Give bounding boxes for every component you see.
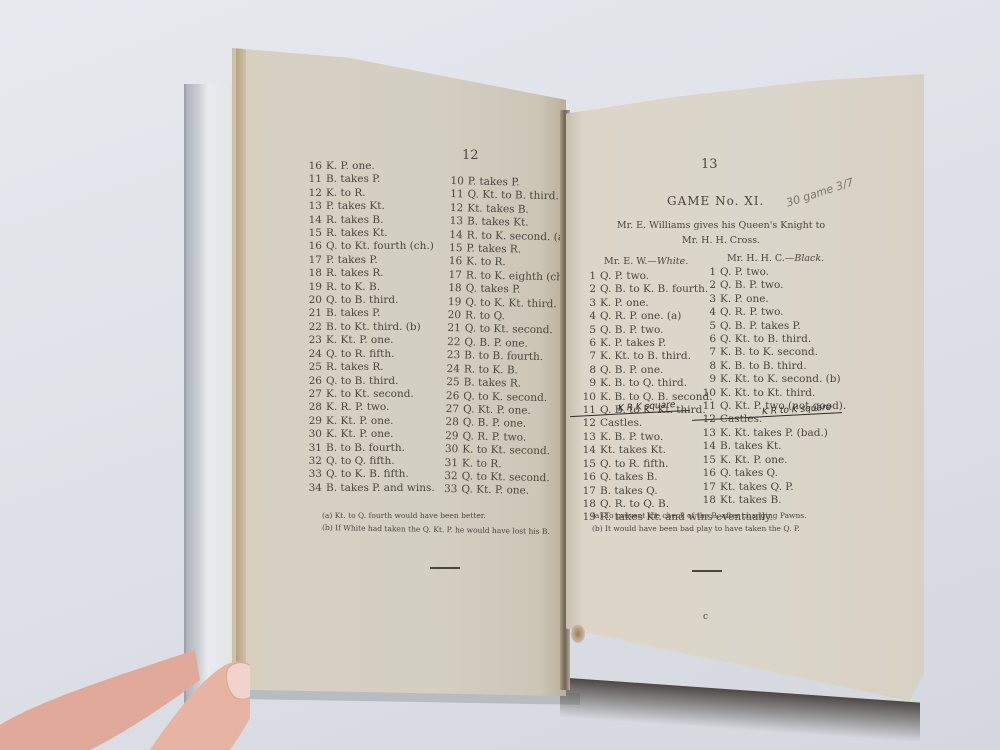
move-row: 22B. to Kt. third. (b) bbox=[306, 321, 435, 334]
move-number: 26 bbox=[306, 375, 322, 388]
move-number: 27 bbox=[306, 388, 322, 401]
game-subtitle: Mr. E. Williams gives his Queen's Knight… bbox=[596, 218, 846, 248]
white-header-name: Mr. E. W.— bbox=[604, 256, 657, 267]
move-text: Q. R. to Q. B. bbox=[600, 498, 669, 510]
move-row: 7K. B. to K. second. bbox=[700, 346, 846, 359]
move-number: 25 bbox=[306, 361, 322, 374]
move-row: 32Q. to Q. fifth. bbox=[306, 455, 435, 468]
move-number: 13 bbox=[580, 431, 596, 444]
move-row: 13P. takes Kt. bbox=[306, 200, 435, 213]
left-black-moves: 10P. takes P.11Q. Kt. to B. third.12Kt. … bbox=[441, 175, 572, 499]
move-text: Q. to B. third. bbox=[326, 375, 398, 387]
move-number: 18 bbox=[445, 282, 461, 296]
move-number: 28 bbox=[306, 401, 322, 414]
move-text: B. to B. fourth. bbox=[464, 350, 543, 364]
move-row: 29K. Kt. P. one. bbox=[306, 415, 435, 428]
move-number: 3 bbox=[700, 293, 716, 306]
move-row: 15K. Kt. P. one. bbox=[700, 454, 846, 467]
move-text: Q. to B. third. bbox=[326, 294, 398, 306]
move-text: B. takes R. bbox=[464, 376, 522, 389]
move-text: K. P. one. bbox=[600, 297, 649, 309]
move-text: R. takes Kt. bbox=[326, 227, 388, 239]
move-text: Kt. takes B. bbox=[467, 202, 529, 215]
move-number: 20 bbox=[445, 309, 461, 323]
move-text: Q. B. P. one. bbox=[600, 364, 663, 376]
move-row: 27K. to Kt. second. bbox=[306, 388, 435, 401]
move-number: 21 bbox=[445, 322, 461, 336]
move-number: 29 bbox=[442, 430, 458, 444]
move-number: 15 bbox=[700, 454, 716, 467]
move-number: 16 bbox=[700, 467, 716, 480]
move-number: 8 bbox=[580, 364, 596, 377]
move-text: B. takes Kt. bbox=[720, 440, 782, 452]
move-number: 5 bbox=[700, 320, 716, 333]
move-number: 17 bbox=[446, 269, 462, 283]
move-number: 17 bbox=[580, 485, 596, 498]
move-number: 13 bbox=[700, 427, 716, 440]
move-text: Q. B. P. one. bbox=[463, 417, 527, 430]
left-white-moves: 16K. P. one.11B. takes P.12K. to R.13P. … bbox=[306, 160, 435, 495]
move-row: 10K. Kt. to Kt. third. bbox=[700, 387, 846, 400]
move-text: Q. B. P. takes P. bbox=[720, 320, 801, 332]
move-number: 11 bbox=[700, 400, 716, 413]
black-column-header: Mr. H. H. C.—Black. bbox=[727, 253, 824, 264]
move-row: 25R. takes R. bbox=[306, 361, 435, 374]
left-page-number: 12 bbox=[462, 148, 479, 163]
right-footnote-b: (b) It would have been bad play to have … bbox=[592, 523, 800, 535]
move-text: K. Kt. takes P. (bad.) bbox=[720, 427, 828, 439]
move-text: Q. to K. B. fifth. bbox=[326, 468, 409, 480]
move-text: Q. B. P. two. bbox=[720, 279, 783, 291]
move-text: Q. to R. fifth. bbox=[600, 458, 668, 470]
move-number: 33 bbox=[441, 483, 457, 497]
move-number: 22 bbox=[444, 336, 460, 350]
move-number: 2 bbox=[700, 279, 716, 292]
move-row: 21B. takes P. bbox=[306, 307, 435, 320]
signature-mark: c bbox=[703, 612, 708, 622]
move-number: 18 bbox=[700, 494, 716, 507]
move-text: K. Kt. to B. third. bbox=[600, 350, 691, 362]
move-row: 33Q. Kt. P. one. bbox=[441, 483, 566, 499]
move-number: 3 bbox=[580, 297, 596, 310]
move-number: 30 bbox=[306, 428, 322, 441]
move-number: 20 bbox=[306, 294, 322, 307]
move-text: K. to R. bbox=[466, 256, 506, 269]
move-text: K. Kt. P. one. bbox=[326, 428, 394, 440]
right-page-number: 13 bbox=[701, 157, 718, 172]
move-text: R. to K. second. (a) bbox=[467, 229, 569, 243]
subtitle-line-2: Mr. H. H. Cross. bbox=[596, 233, 846, 248]
move-row: 6Q. Kt. to B. third. bbox=[700, 333, 846, 346]
white-column-header: Mr. E. W.—White. bbox=[604, 256, 688, 267]
move-row: 30K. Kt. P. one. bbox=[306, 428, 435, 441]
move-number: 4 bbox=[700, 306, 716, 319]
move-text: Q. takes B. bbox=[600, 471, 658, 483]
move-text: Q. Kt. to B. third. bbox=[720, 333, 811, 345]
move-number: 15 bbox=[306, 227, 322, 240]
move-number: 17 bbox=[306, 254, 322, 267]
move-text: Kt. takes Q. P. bbox=[720, 481, 794, 493]
move-row: 14B. takes Kt. bbox=[700, 440, 846, 453]
black-header-color: Black. bbox=[794, 253, 824, 264]
move-text: B. takes Q. bbox=[600, 485, 658, 497]
right-end-rule bbox=[692, 570, 722, 572]
move-text: Q. B. P. one. bbox=[464, 336, 528, 349]
move-text: R. takes B. bbox=[326, 214, 383, 226]
move-text: K. B. to K. second. bbox=[720, 346, 818, 358]
move-text: Q. R. P. one. (a) bbox=[600, 310, 681, 322]
move-text: K. to Kt. second. bbox=[326, 388, 414, 400]
move-row: 2Q. B. P. two. bbox=[700, 279, 846, 292]
move-row: 33Q. to K. B. fifth. bbox=[306, 468, 435, 481]
move-text: B. to B. fourth. bbox=[326, 442, 405, 454]
move-text: R. to K. eighth (ch.) bbox=[466, 269, 571, 283]
move-number: 18 bbox=[306, 267, 322, 280]
move-number: 12 bbox=[580, 417, 596, 430]
move-row: 3K. P. one. bbox=[700, 293, 846, 306]
move-number: 23 bbox=[444, 349, 460, 363]
move-text: K. to R. bbox=[326, 187, 366, 199]
move-text: P. takes P. bbox=[468, 175, 520, 188]
move-number: 32 bbox=[442, 470, 458, 484]
move-row: 13K. Kt. takes P. (bad.) bbox=[700, 427, 846, 440]
move-text: B. takes Kt. bbox=[467, 216, 529, 229]
move-number: 12 bbox=[306, 187, 322, 200]
move-number: 14 bbox=[700, 440, 716, 453]
move-text: K. P. one. bbox=[326, 160, 375, 172]
move-text: Q. R. P. two. bbox=[462, 430, 526, 443]
move-text: Q. to K. Kt. third. bbox=[465, 296, 557, 310]
move-text: K. to Kt. second. bbox=[462, 443, 550, 457]
move-number: 1 bbox=[700, 266, 716, 279]
move-number: 10 bbox=[580, 391, 596, 404]
move-number: 14 bbox=[580, 444, 596, 457]
move-number: 15 bbox=[580, 458, 596, 471]
right-black-moves: 1Q. P. two.2Q. B. P. two.3K. P. one.4Q. … bbox=[700, 266, 846, 507]
move-number: 16 bbox=[446, 255, 462, 269]
move-row: 15R. takes Kt. bbox=[306, 227, 435, 240]
move-text: K. to R. bbox=[462, 457, 502, 470]
move-row: 16Q. to Kt. fourth (ch.) bbox=[306, 240, 435, 253]
move-number: 30 bbox=[442, 443, 458, 457]
move-text: K. B. to B. third. bbox=[720, 360, 807, 372]
move-text: K. Kt. to Kt. third. bbox=[720, 387, 815, 399]
white-header-color: White. bbox=[657, 256, 688, 267]
move-text: Q. takes Q. bbox=[720, 467, 778, 479]
move-text: Q. to Kt. fourth (ch.) bbox=[326, 240, 434, 252]
move-number: 21 bbox=[306, 307, 322, 320]
move-number: 2 bbox=[580, 283, 596, 296]
move-text: K. B. P. two. bbox=[600, 431, 663, 443]
move-number: 32 bbox=[306, 455, 322, 468]
move-text: K. Kt. to K. second. (b) bbox=[720, 373, 841, 385]
page-edge-stain bbox=[236, 48, 246, 696]
move-row: 24Q. to R. fifth. bbox=[306, 348, 435, 361]
move-row: 18R. takes R. bbox=[306, 267, 435, 280]
move-number: 4 bbox=[580, 310, 596, 323]
move-text: K. Kt. P. one. bbox=[326, 415, 394, 427]
move-number: 26 bbox=[443, 389, 459, 403]
move-number: 24 bbox=[306, 348, 322, 361]
black-header-name: Mr. H. H. C.— bbox=[727, 253, 794, 264]
move-number: 23 bbox=[306, 334, 322, 347]
move-number: 11 bbox=[306, 173, 322, 186]
move-number: 19 bbox=[306, 281, 322, 294]
move-number: 34 bbox=[306, 482, 322, 495]
move-row: 19R. to K. B. bbox=[306, 281, 435, 294]
move-number: 16 bbox=[306, 240, 322, 253]
move-number: 12 bbox=[447, 202, 463, 216]
move-number: 24 bbox=[444, 363, 460, 377]
move-row: 8K. B. to B. third. bbox=[700, 360, 846, 373]
move-number: 7 bbox=[700, 346, 716, 359]
move-text: K. R. P. two. bbox=[326, 401, 389, 413]
move-row: 11B. takes P. bbox=[306, 173, 435, 186]
move-text: R. to K. B. bbox=[464, 363, 518, 376]
game-title: GAME No. XI. bbox=[667, 194, 764, 208]
subtitle-line-1: Mr. E. Williams gives his Queen's Knight… bbox=[596, 218, 846, 233]
move-text: Q. B. to K. B. fourth. bbox=[600, 283, 708, 295]
move-number: 19 bbox=[445, 296, 461, 310]
move-number: 15 bbox=[446, 242, 462, 256]
foxing-stain bbox=[571, 625, 585, 643]
move-row: 23K. Kt. P. one. bbox=[306, 334, 435, 347]
move-number: 28 bbox=[443, 416, 459, 430]
move-text: Q. R. P. two. bbox=[720, 306, 784, 318]
move-row: 34B. takes P. and wins. bbox=[306, 482, 435, 495]
move-text: Q. P. two. bbox=[720, 266, 769, 278]
move-number: 17 bbox=[700, 481, 716, 494]
move-number: 27 bbox=[443, 403, 459, 417]
move-text: P. takes Kt. bbox=[326, 200, 385, 212]
move-text: Q. Kt. P. one. bbox=[461, 484, 529, 497]
move-text: Q. takes P. bbox=[465, 283, 520, 296]
move-number: 8 bbox=[700, 360, 716, 373]
move-text: Q. Kt. P. one. bbox=[463, 403, 531, 416]
move-row: 4Q. R. P. two. bbox=[700, 306, 846, 319]
move-text: R. to Q. bbox=[465, 309, 505, 322]
move-text: R. to K. B. bbox=[326, 281, 380, 293]
move-text: Q. to Q. fifth. bbox=[326, 455, 395, 467]
move-number: 6 bbox=[700, 333, 716, 346]
move-text: K. Kt. P. one. bbox=[326, 334, 394, 346]
move-row: 17P. takes P. bbox=[306, 254, 435, 267]
move-number: 16 bbox=[306, 160, 322, 173]
move-text: K. P. one. bbox=[720, 293, 769, 305]
move-row: 28K. R. P. two. bbox=[306, 401, 435, 414]
move-text: P. takes P. bbox=[326, 254, 378, 266]
move-row: 20Q. to B. third. bbox=[306, 294, 435, 307]
move-text: Q. to R. fifth. bbox=[326, 348, 394, 360]
move-number: 7 bbox=[580, 350, 596, 363]
move-number: 14 bbox=[306, 214, 322, 227]
move-number: 31 bbox=[442, 456, 458, 470]
move-text: Q. Kt. to B. third. bbox=[467, 189, 558, 203]
hand-holding-book bbox=[0, 640, 250, 750]
move-row: 12K. to R. bbox=[306, 187, 435, 200]
move-number: 10 bbox=[700, 387, 716, 400]
move-text: Q. P. two. bbox=[600, 270, 649, 282]
move-number: 13 bbox=[306, 200, 322, 213]
move-text: B. takes P. bbox=[326, 173, 380, 185]
move-number: 5 bbox=[580, 324, 596, 337]
move-number: 9 bbox=[700, 373, 716, 386]
move-row: 18Kt. takes B. bbox=[700, 494, 846, 507]
move-row: 16K. P. one. bbox=[306, 160, 435, 173]
move-row: 1Q. P. two. bbox=[700, 266, 846, 279]
move-text: P. takes R. bbox=[466, 242, 521, 255]
left-footnote-a: (a) Kt. to Q. fourth would have been bet… bbox=[322, 510, 486, 522]
move-row: 14R. takes B. bbox=[306, 214, 435, 227]
move-row: 17Kt. takes Q. P. bbox=[700, 481, 846, 494]
move-text: Q. to K. second. bbox=[463, 390, 547, 404]
move-row: 9K. Kt. to K. second. (b) bbox=[700, 373, 846, 386]
move-number: 16 bbox=[580, 471, 596, 484]
move-text: B. to Kt. third. (b) bbox=[326, 321, 421, 333]
move-text: Q. to Kt. second. bbox=[465, 323, 553, 337]
move-number: 6 bbox=[580, 337, 596, 350]
move-number: 33 bbox=[306, 468, 322, 481]
move-text: Kt. takes B. bbox=[720, 494, 782, 506]
move-text: B. takes P. and wins. bbox=[326, 482, 435, 494]
move-row: 31B. to B. fourth. bbox=[306, 442, 435, 455]
move-text: B. takes P. bbox=[326, 307, 380, 319]
right-footnote-a: (a) To prevent the check of the B. after… bbox=[592, 510, 807, 522]
move-number: 1 bbox=[580, 270, 596, 283]
left-end-rule bbox=[430, 567, 460, 569]
move-text: R. takes R. bbox=[326, 361, 384, 373]
move-text: Kt. takes Kt. bbox=[600, 444, 666, 456]
move-number: 10 bbox=[448, 175, 464, 189]
move-row: 26Q. to B. third. bbox=[306, 375, 435, 388]
move-number: 31 bbox=[306, 442, 322, 455]
move-text: Q. B. P. two. bbox=[600, 324, 663, 336]
move-number: 25 bbox=[444, 376, 460, 390]
move-text: K. Kt. P. one. bbox=[720, 454, 788, 466]
move-row: 5Q. B. P. takes P. bbox=[700, 320, 846, 333]
move-number: 22 bbox=[306, 321, 322, 334]
move-text: R. takes R. bbox=[326, 267, 384, 279]
move-number: 9 bbox=[580, 377, 596, 390]
move-number: 13 bbox=[447, 215, 463, 229]
move-row: 16Q. takes Q. bbox=[700, 467, 846, 480]
move-number: 11 bbox=[447, 188, 463, 202]
move-number: 29 bbox=[306, 415, 322, 428]
move-text: Castles. bbox=[600, 417, 642, 429]
move-text: K. P. takes P. bbox=[600, 337, 666, 349]
move-text: Q. to Kt. second. bbox=[462, 470, 550, 484]
move-number: 14 bbox=[447, 229, 463, 243]
move-text: K. B. to Q. third. bbox=[600, 377, 687, 389]
